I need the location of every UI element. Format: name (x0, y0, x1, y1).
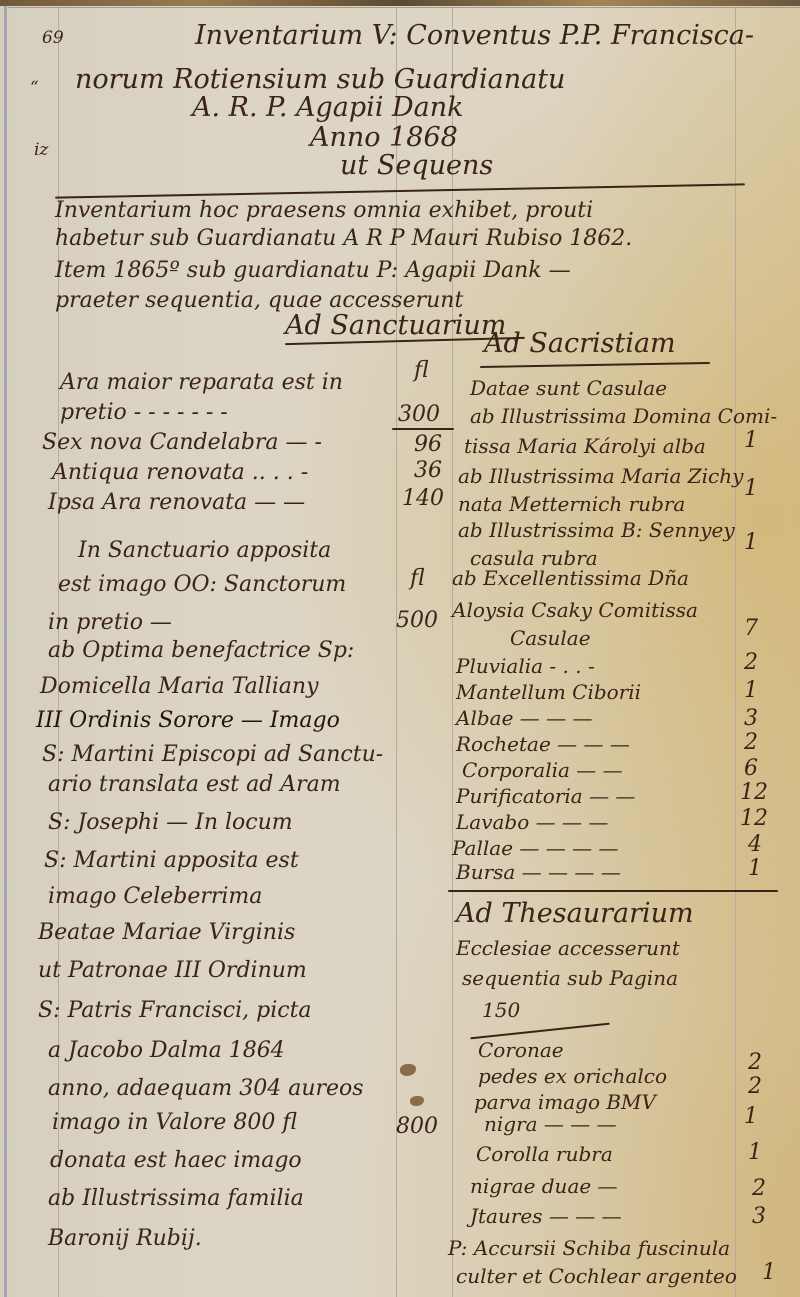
section-heading-thesaurarium: Ad Thesaurarium (456, 900, 694, 927)
paragraph-line: S: Patris Francisci, picta (38, 1000, 312, 1022)
sacristy-qty: 2 (744, 652, 758, 674)
paragraph-line: S: Josephi — In locum (48, 812, 293, 834)
treasury-qty: 1 (748, 1142, 762, 1164)
sacristy-entry: Purificatoria — — (456, 786, 635, 806)
intro-line: Item 1865º sub guardianatu P: Agapii Dan… (55, 260, 571, 282)
sacristy-qty: 3 (744, 708, 758, 730)
paragraph-line: S: Martini apposita est (44, 850, 299, 872)
section-underline (480, 362, 710, 368)
section-heading-sanctuarium: Ad Sanctuarium (285, 312, 506, 339)
paragraph-line: anno, adaequam 304 aureos (48, 1078, 364, 1100)
sacristy-qty: 12 (740, 808, 768, 830)
sacristy-entry: ab Illustrissima Domina Comi- (470, 406, 777, 426)
sacristy-qty: 1 (744, 532, 758, 554)
subheading-underline (470, 1023, 609, 1040)
entry-amount: 140 (402, 488, 444, 510)
entry-amount: 36 (414, 460, 442, 482)
treasury-entry: nigrae duae — (470, 1176, 618, 1196)
paragraph-line: ut Patronae III Ordinum (38, 960, 307, 982)
paragraph-line: imago in Valore 800 fl (52, 1112, 297, 1134)
treasury-entry: Corolla rubra (476, 1144, 613, 1164)
sacristy-qty: 7 (744, 618, 758, 640)
margin-mark: iz (34, 142, 48, 159)
sacristy-entry: ab Illustrissima B: Sennyey (458, 520, 735, 540)
sacristy-qty: 4 (748, 834, 762, 856)
sacristy-entry: Corporalia — — (462, 760, 623, 780)
sacristy-entry: nata Metternich rubra (458, 494, 685, 514)
paragraph-line: imago Celeberrima (48, 886, 262, 908)
paragraph-line: ario translata est ad Aram (48, 774, 341, 796)
treasury-entry: Coronae (478, 1040, 564, 1060)
treasury-qty: 1 (762, 1262, 776, 1284)
treasury-qty: 3 (752, 1206, 766, 1228)
sacristy-qty: 1 (744, 430, 758, 452)
manuscript-page: 69 “ iz Inventarium V: Conventus P.P. Fr… (0, 0, 800, 1297)
entry-amount: 96 (414, 434, 442, 456)
qty-column-rule (735, 8, 736, 1297)
margin-amount: 800 (396, 1116, 438, 1138)
page-frame-line (8, 7, 800, 8)
entry-text: Ipsa Ara renovata — — (48, 492, 305, 514)
treasury-qty: 1 (744, 1106, 758, 1128)
intro-line: Inventarium hoc praesens omnia exhibet, … (55, 200, 593, 222)
title-line: ut Sequens (340, 152, 493, 179)
sacristy-qty: 12 (740, 782, 768, 804)
sacristy-qty: 2 (744, 732, 758, 754)
title-line: norum Rotiensium sub Guardianatu (75, 66, 565, 93)
sacristy-entry: Pallae — — — — (452, 838, 618, 858)
ink-stain (400, 1064, 416, 1076)
paragraph-line: ab Illustrissima familia (48, 1188, 304, 1210)
treasury-qty: 2 (752, 1178, 766, 1200)
sacristy-entry: Rochetae — — — (456, 734, 630, 754)
header-divider (55, 183, 745, 198)
treasury-entry: P: Accursii Schiba fuscinula (448, 1238, 730, 1258)
treasury-entry: Jtaures — — — (470, 1206, 622, 1226)
intro-line: praeter sequentia, quae accesserunt (55, 290, 463, 312)
entry-text: Sex nova Candelabra — - (42, 432, 322, 454)
sacristy-entry: Mantellum Ciborii (456, 682, 641, 702)
sacristy-entry: Pluvialia - . . - (456, 656, 595, 676)
section-divider (448, 890, 778, 892)
sacristy-entry: Lavabo — — — (456, 812, 608, 832)
treasury-qty: 2 (748, 1076, 762, 1098)
ink-stain (410, 1096, 424, 1106)
sacristy-entry: Albae — — — (456, 708, 592, 728)
folio-number: 69 (42, 30, 64, 47)
intro-line: habetur sub Guardianatu A R P Mauri Rubi… (55, 228, 632, 250)
paragraph-line: in pretio — (48, 612, 172, 634)
amount-underline (392, 428, 454, 430)
currency-label: fl (410, 568, 425, 590)
paragraph-line: ab Optima benefactrice Sp: (48, 640, 354, 662)
thesaurarium-subheading: Ecclesiae accesserunt (456, 938, 680, 958)
entry-amount: 300 (398, 404, 440, 426)
paragraph-line: S: Martini Episcopi ad Sanctu- (42, 744, 383, 766)
margin-mark: “ (30, 80, 39, 97)
entry-text: pretio - - - - - - - (60, 402, 228, 424)
sacristy-entry: ab Excellentissima Dña (452, 568, 689, 588)
treasury-entry: nigra — — — (484, 1114, 617, 1134)
sacristy-qty: 1 (748, 858, 762, 880)
sacristy-entry: Casulae (510, 628, 591, 648)
title-line: Inventarium V: Conventus P.P. Francisca- (195, 22, 754, 49)
title-line: Anno 1868 (310, 124, 458, 151)
sacristy-entry: Datae sunt Casulae (470, 378, 667, 398)
sacristy-entry: tissa Maria Károlyi alba (464, 436, 706, 456)
page-reference: 150 (482, 1000, 520, 1020)
paragraph-line: donata est haec imago (50, 1150, 302, 1172)
entry-text: Ara maior reparata est in (60, 372, 343, 394)
treasury-qty: 2 (748, 1052, 762, 1074)
paragraph-line: est imago OO: Sanctorum (58, 574, 346, 596)
sacristy-qty: 1 (744, 478, 758, 500)
paragraph-line: In Sanctuario apposita (78, 540, 331, 562)
title-line: A. R. P. Agapii Dank (192, 94, 464, 121)
paragraph-line: a Jacobo Dalma 1864 (48, 1040, 285, 1062)
paragraph-amount: 500 (396, 610, 438, 632)
binding-edge (4, 6, 7, 1297)
paragraph-line: Baronij Rubij. (48, 1228, 202, 1250)
treasury-entry: culter et Cochlear argenteo (456, 1266, 737, 1286)
paragraph-line: Domicella Maria Talliany (40, 676, 319, 698)
thesaurarium-subheading: sequentia sub Pagina (462, 968, 678, 988)
treasury-entry: parva imago BMV (474, 1092, 656, 1112)
sacristy-entry: casula rubra (470, 548, 598, 568)
paragraph-line: III Ordinis Sorore — Imago (36, 710, 340, 732)
sacristy-entry: ab Illustrissima Maria Zichy (458, 466, 743, 486)
entry-text: Antiqua renovata .. . . - (52, 462, 308, 484)
sacristy-qty: 1 (744, 680, 758, 702)
paragraph-line: Beatae Mariae Virginis (38, 922, 295, 944)
currency-label: fl (414, 360, 429, 382)
sacristy-entry: Aloysia Csaky Comitissa (452, 600, 698, 620)
sacristy-qty: 6 (744, 758, 758, 780)
book-top-edge (0, 0, 800, 6)
sacristy-entry: Bursa — — — — (456, 862, 621, 882)
treasury-entry: pedes ex orichalco (478, 1066, 667, 1086)
section-heading-sacristiam: Ad Sacristiam (484, 330, 676, 357)
